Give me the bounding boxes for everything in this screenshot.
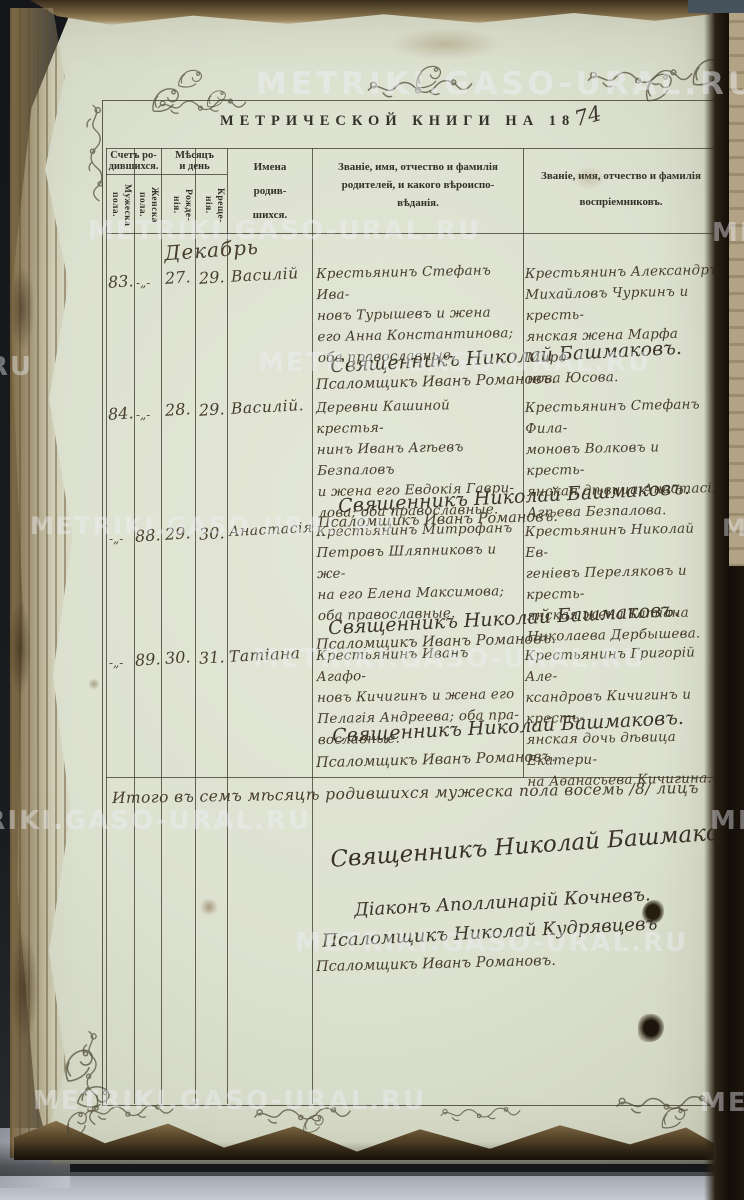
watermark: METRIKI.GASO-URAL.RU xyxy=(0,352,33,382)
border-ornament xyxy=(658,1102,688,1132)
entry-godparents: Крестьянинъ Николай Ев- геніевъ Переляко… xyxy=(525,518,724,648)
watermark: METRIKI.GASO-URAL.RU xyxy=(33,1086,426,1116)
entry-female-no: 89. xyxy=(134,649,161,670)
entry-name: Василій. xyxy=(231,396,305,418)
table-line xyxy=(106,174,227,175)
watermark: METRIKI.GASO-URAL.RU xyxy=(722,514,744,542)
paper-stain xyxy=(200,898,218,916)
table-line xyxy=(134,148,135,1104)
entry-baptized-day: 31. xyxy=(198,647,225,668)
watermark: METRIKI.GASO-URAL.RU xyxy=(88,216,481,246)
header-count-group: Счетъ ро- дившихся. xyxy=(107,150,160,172)
paper-stain xyxy=(390,28,500,60)
year-handwritten: 74 xyxy=(572,101,604,131)
watermark: METRIKI.GASO-URAL.RU xyxy=(258,348,651,378)
header-month-group: Мѣсяцъ и день xyxy=(163,150,226,172)
table-line xyxy=(106,148,107,1104)
table-surface xyxy=(0,1172,744,1200)
table-line xyxy=(523,148,524,777)
background-sliver xyxy=(688,0,744,13)
entry-born-day: 30. xyxy=(164,647,191,668)
entry-male-no: 83. xyxy=(107,271,134,292)
watermark: METRIKI.GASO-URAL.RU xyxy=(710,806,744,836)
metrical-book-scan: МЕТРИЧЕСКОЙ КНИГИ НА 1874 Счетъ ро- дивш… xyxy=(0,0,744,1200)
table-line xyxy=(161,148,162,1104)
watermark: METRIKI.GASO-URAL.RU xyxy=(253,644,646,674)
entry-baptized-day: 29. xyxy=(198,267,225,288)
page-title: МЕТРИЧЕСКОЙ КНИГИ НА 1874 xyxy=(102,106,720,130)
entry-female-no: -„- xyxy=(136,276,150,290)
entry-godparents: Крестьянинъ Стефанъ Фила- моновъ Волковъ… xyxy=(525,394,724,524)
watermark: METRIKI.GASO-URAL.RU xyxy=(295,928,688,958)
table-line xyxy=(106,148,718,149)
entry-born-day: 28. xyxy=(164,399,191,420)
border-ornament xyxy=(173,61,206,94)
entry-born-day: 27. xyxy=(164,267,191,288)
watermark: METRIKI.GASO-URAL.RU xyxy=(256,66,744,102)
header-godparents: Званіе, имя, отчество и фамилія воспріем… xyxy=(526,163,716,215)
header-parents: Званіе, имя, отчество и фамилія родителе… xyxy=(315,158,521,212)
watermark: METRIKI.GASO-URAL.RU xyxy=(30,512,396,540)
table-line xyxy=(195,148,196,1104)
table-line xyxy=(312,148,313,1104)
page-title-printed: МЕТРИЧЕСКОЙ КНИГИ НА 18 xyxy=(220,113,575,129)
table-line xyxy=(227,148,228,1104)
watermark: METRIKI.GASO-URAL.RU xyxy=(712,218,744,248)
page-shadow xyxy=(0,1142,744,1176)
watermark: METRIKI.GASO-URAL.RU xyxy=(700,1088,744,1118)
entry-name: Василій xyxy=(231,264,299,286)
entry-female-no: -„- xyxy=(136,408,150,422)
entry-male-no: 84. xyxy=(107,403,134,424)
entry-male-no: -„- xyxy=(109,656,123,670)
watermark: METRIKI.GASO-URAL.RU xyxy=(0,806,311,836)
entry-baptized-day: 29. xyxy=(198,399,225,420)
paper-stain xyxy=(88,678,100,690)
paper-stain xyxy=(572,166,606,190)
border-ornament xyxy=(438,1103,523,1123)
